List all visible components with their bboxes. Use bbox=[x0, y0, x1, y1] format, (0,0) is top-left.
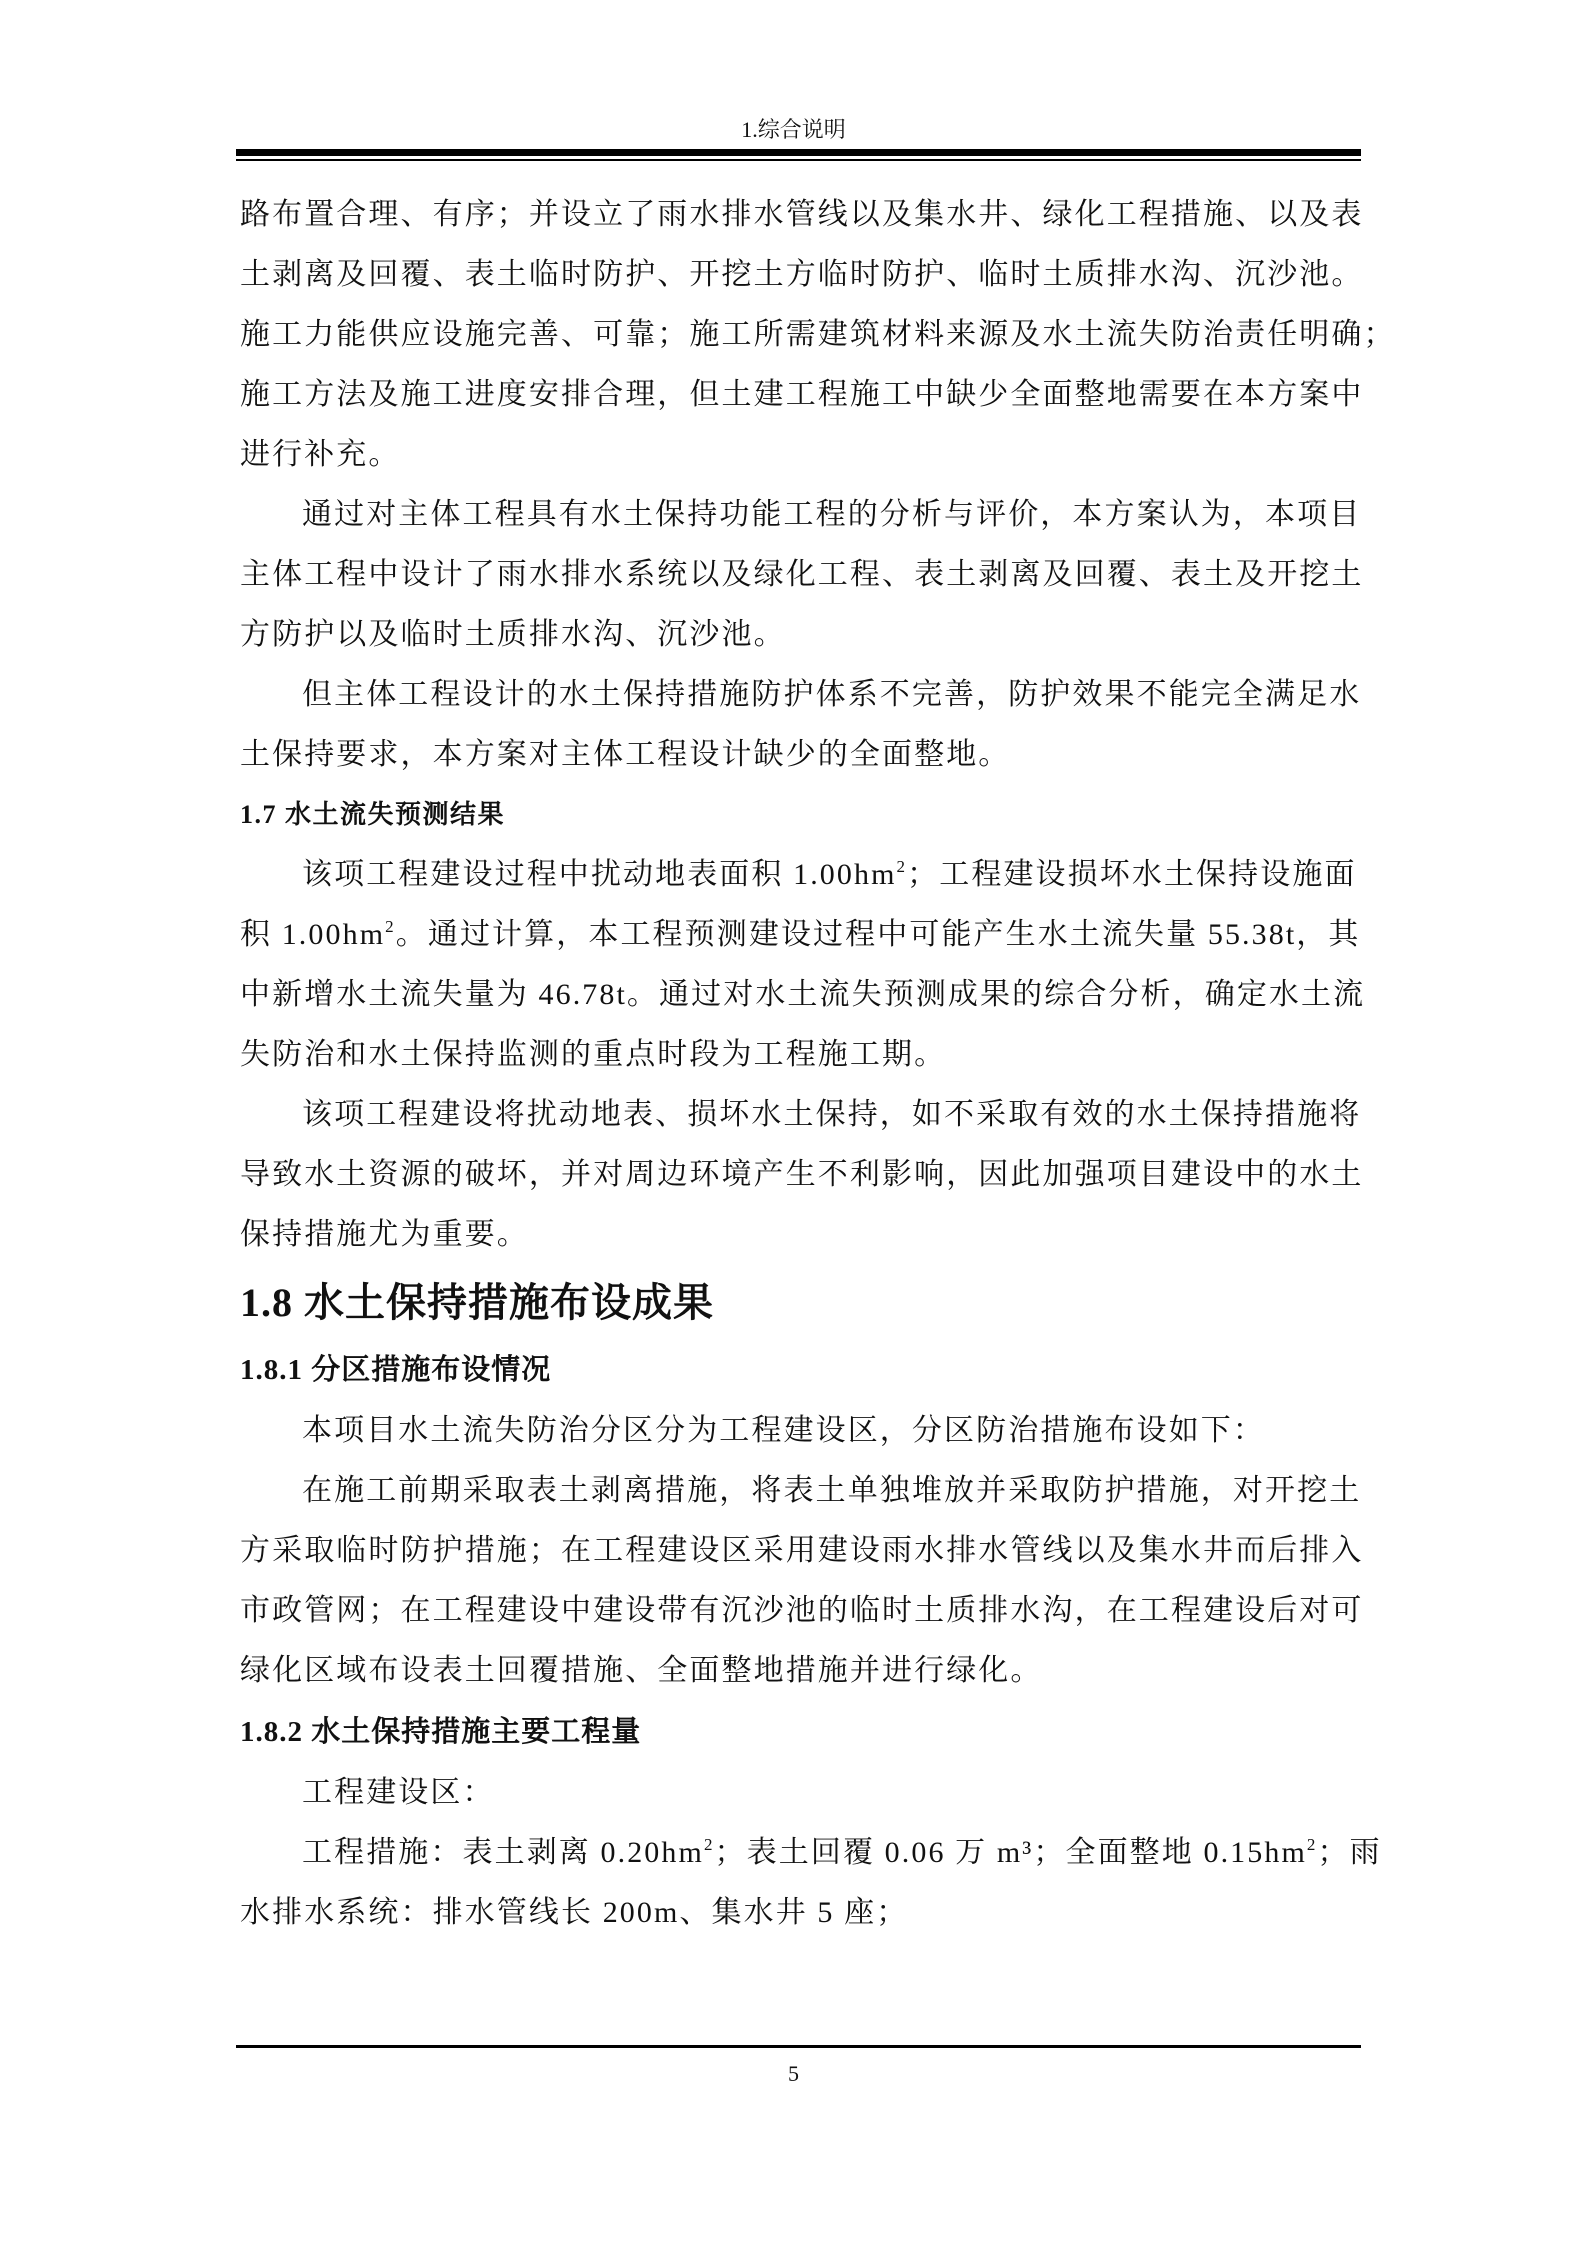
text-line: 土剥离及回覆、表土临时防护、开挖土方临时防护、临时土质排水沟、沉沙池。 bbox=[240, 245, 1355, 305]
paragraph-importance: 该项工程建设将扰动地表、损坏水土保持，如不采取有效的水土保持措施将 导致水土资源… bbox=[240, 1085, 1355, 1265]
text-line: 积 1.00hm2。通过计算，本工程预测建设过程中可能产生水土流失量 55.38… bbox=[240, 905, 1355, 965]
superscript: 2 bbox=[385, 917, 396, 936]
header-rule-thick bbox=[236, 149, 1361, 156]
header-rule-thin bbox=[236, 159, 1361, 161]
text-line: 保持措施尤为重要。 bbox=[240, 1205, 1355, 1265]
superscript: 2 bbox=[897, 857, 908, 876]
text-line: 工程建设区： bbox=[240, 1763, 1355, 1823]
text-line: 施工力能供应设施完善、可靠；施工所需建筑材料来源及水土流失防治责任明确； bbox=[240, 305, 1355, 365]
paragraph-evaluation: 通过对主体工程具有水土保持功能工程的分析与评价，本方案认为，本项目 主体工程中设… bbox=[240, 485, 1355, 665]
paragraph-measures-layout: 在施工前期采取表土剥离措施，将表土单独堆放并采取防护措施，对开挖土 方采取临时防… bbox=[240, 1461, 1355, 1701]
text-line: 工程措施：表土剥离 0.20hm2；表土回覆 0.06 万 m³；全面整地 0.… bbox=[240, 1823, 1355, 1883]
page-number: 5 bbox=[0, 2060, 1587, 2088]
text-line: 方防护以及临时土质排水沟、沉沙池。 bbox=[240, 605, 1355, 665]
text-segment: 工程措施：表土剥离 0.20hm bbox=[302, 1836, 704, 1869]
text-segment: ；工程建设损坏水土保持设施面 bbox=[907, 858, 1356, 891]
text-line: 市政管网；在工程建设中建设带有沉沙池的临时土质排水沟，在工程建设后对可 bbox=[240, 1581, 1355, 1641]
text-line: 通过对主体工程具有水土保持功能工程的分析与评价，本方案认为，本项目 bbox=[240, 485, 1355, 545]
text-segment: 该项工程建设过程中扰动地表面积 1.00hm bbox=[302, 858, 897, 891]
superscript: 2 bbox=[1307, 1835, 1318, 1854]
text-line: 失防治和水土保持监测的重点时段为工程施工期。 bbox=[240, 1025, 1355, 1085]
paragraph-engineering-quantities: 工程措施：表土剥离 0.20hm2；表土回覆 0.06 万 m³；全面整地 0.… bbox=[240, 1823, 1355, 1943]
section-heading-1-8-2: 1.8.2 水土保持措施主要工程量 bbox=[240, 1701, 1355, 1763]
footer-rule bbox=[236, 2045, 1361, 2048]
text-line: 在施工前期采取表土剥离措施，将表土单独堆放并采取防护措施，对开挖土 bbox=[240, 1461, 1355, 1521]
text-line: 进行补充。 bbox=[240, 425, 1355, 485]
text-segment: ；雨 bbox=[1318, 1836, 1382, 1869]
text-line: 本项目水土流失防治分区分为工程建设区，分区防治措施布设如下： bbox=[240, 1401, 1355, 1461]
text-line: 水排水系统：排水管线长 200m、集水井 5 座； bbox=[240, 1883, 1355, 1943]
paragraph-main-works-summary: 路布置合理、有序；并设立了雨水排水管线以及集水井、绿化工程措施、以及表 土剥离及… bbox=[240, 185, 1355, 485]
text-line: 中新增水土流失量为 46.78t。通过对水土流失预测成果的综合分析，确定水土流 bbox=[240, 965, 1355, 1025]
text-line: 导致水土资源的破坏，并对周边环境产生不利影响，因此加强项目建设中的水土 bbox=[240, 1145, 1355, 1205]
running-header-title: 1.综合说明 bbox=[0, 116, 1587, 144]
text-line: 该项工程建设将扰动地表、损坏水土保持，如不采取有效的水土保持措施将 bbox=[240, 1085, 1355, 1145]
text-segment: ；表土回覆 0.06 万 m³；全面整地 0.15hm bbox=[715, 1836, 1307, 1869]
section-heading-1-8: 1.8 水土保持措施布设成果 bbox=[240, 1267, 1355, 1339]
page-body: 路布置合理、有序；并设立了雨水排水管线以及集水井、绿化工程措施、以及表 土剥离及… bbox=[240, 185, 1355, 1943]
text-line: 路布置合理、有序；并设立了雨水排水管线以及集水井、绿化工程措施、以及表 bbox=[240, 185, 1355, 245]
text-line: 该项工程建设过程中扰动地表面积 1.00hm2；工程建设损坏水土保持设施面 bbox=[240, 845, 1355, 905]
paragraph-construction-zone: 工程建设区： bbox=[240, 1763, 1355, 1823]
text-line: 方采取临时防护措施；在工程建设区采用建设雨水排水管线以及集水井而后排入 bbox=[240, 1521, 1355, 1581]
section-heading-1-7: 1.7 水土流失预测结果 bbox=[240, 785, 1355, 845]
text-line: 但主体工程设计的水土保持措施防护体系不完善，防护效果不能完全满足水 bbox=[240, 665, 1355, 725]
text-line: 主体工程中设计了雨水排水系统以及绿化工程、表土剥离及回覆、表土及开挖土 bbox=[240, 545, 1355, 605]
text-segment: 积 1.00hm bbox=[240, 918, 385, 951]
text-line: 绿化区域布设表土回覆措施、全面整地措施并进行绿化。 bbox=[240, 1641, 1355, 1701]
text-line: 土保持要求，本方案对主体工程设计缺少的全面整地。 bbox=[240, 725, 1355, 785]
section-heading-1-8-1: 1.8.1 分区措施布设情况 bbox=[240, 1339, 1355, 1401]
text-segment: 。通过计算，本工程预测建设过程中可能产生水土流失量 55.38t，其 bbox=[396, 918, 1361, 951]
paragraph-erosion-prediction: 该项工程建设过程中扰动地表面积 1.00hm2；工程建设损坏水土保持设施面 积 … bbox=[240, 845, 1355, 1085]
superscript: 2 bbox=[704, 1835, 715, 1854]
paragraph-deficiency: 但主体工程设计的水土保持措施防护体系不完善，防护效果不能完全满足水 土保持要求，… bbox=[240, 665, 1355, 785]
paragraph-zoning: 本项目水土流失防治分区分为工程建设区，分区防治措施布设如下： bbox=[240, 1401, 1355, 1461]
text-line: 施工方法及施工进度安排合理，但土建工程施工中缺少全面整地需要在本方案中 bbox=[240, 365, 1355, 425]
